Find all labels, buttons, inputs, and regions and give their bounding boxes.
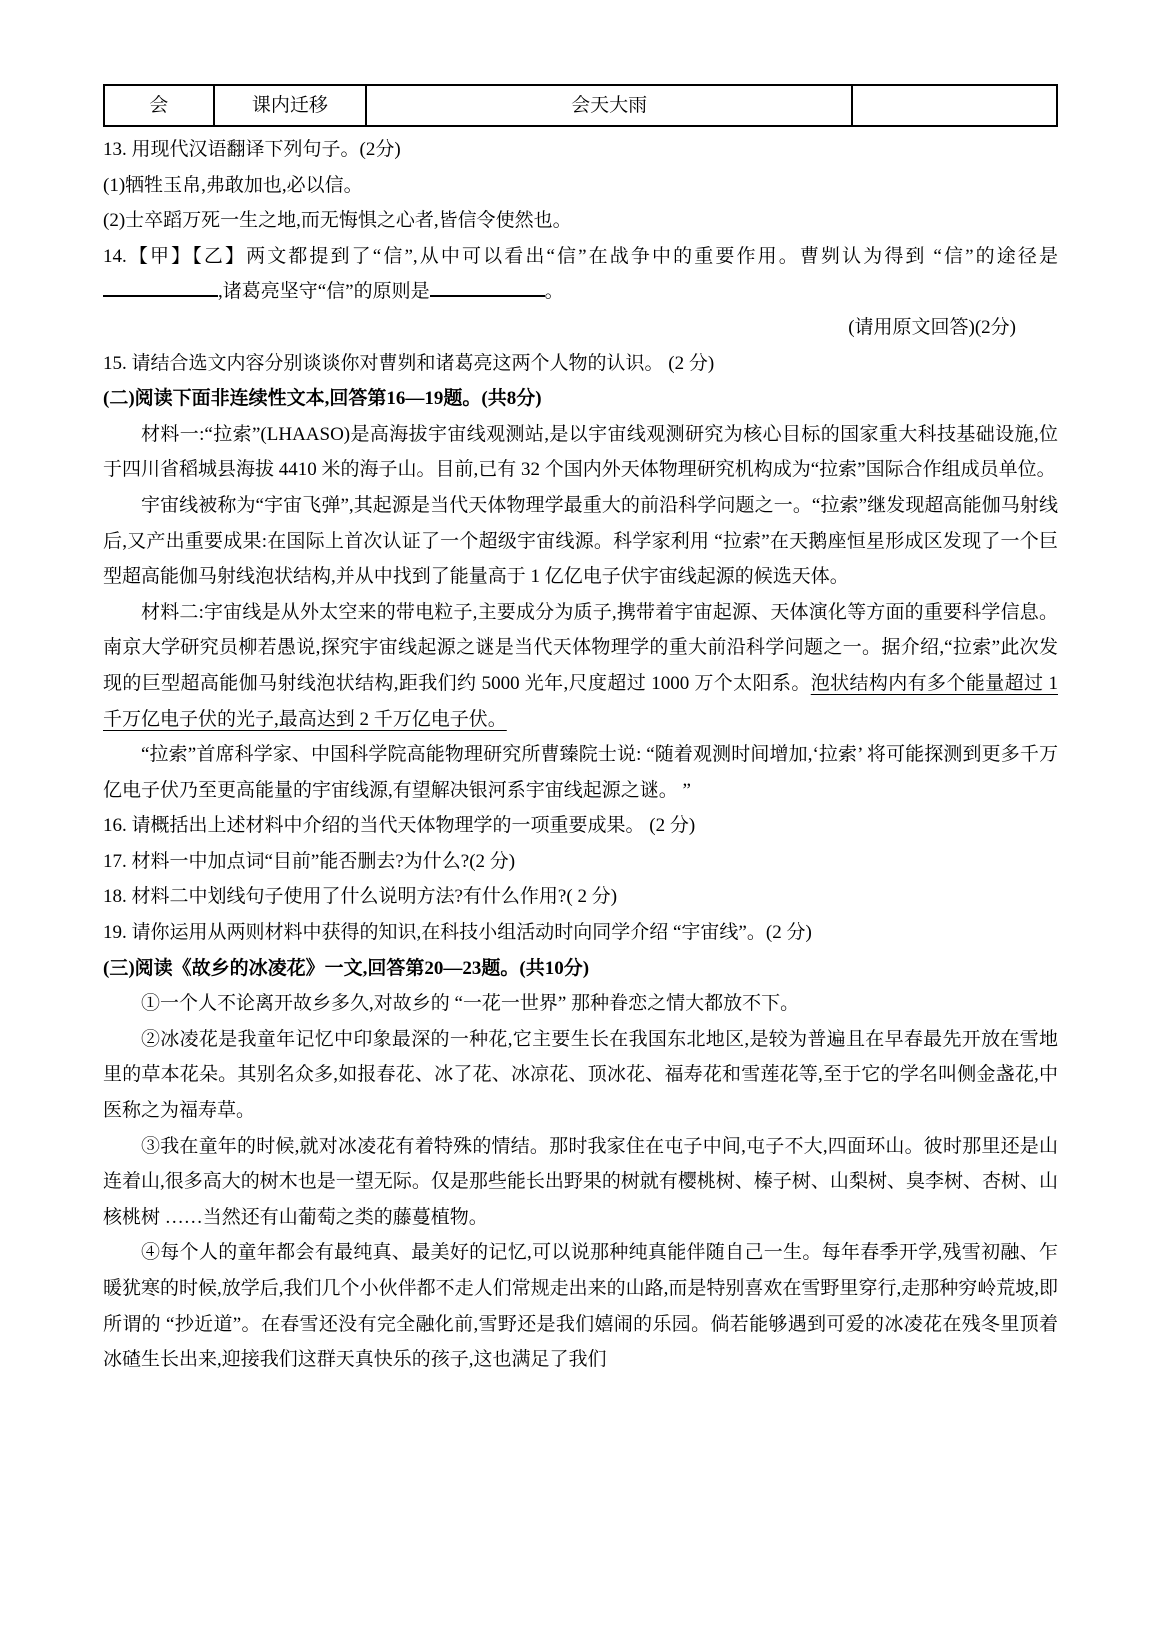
question-13-item-2: (2)士卒蹈万死一生之地,而无悔惧之心者,皆信令使然也。 [103, 203, 1058, 239]
essay-paragraph-4: ④每个人的童年都会有最纯真、最美好的记忆,可以说那种纯真能伴随自己一生。每年春季… [103, 1235, 1058, 1377]
table-row: 会 课内迁移 会天大雨 [104, 85, 1057, 126]
question-14-text-1: 14.【甲】【乙】两文都提到了“信”,从中可以看出“信”在战争中的重要作用。曹刿… [103, 246, 1058, 267]
question-17: 17. 材料一中加点词“目前”能否删去?为什么?(2 分) [103, 844, 1058, 880]
question-13-item-1: (1)牺牲玉帛,弗敢加也,必以信。 [103, 168, 1058, 204]
material-2-paragraph-2: “拉索”首席科学家、中国科学院高能物理研究所曹臻院士说: “随着观测时间增加,‘… [103, 737, 1058, 808]
essay-paragraph-3: ③我在童年的时候,就对冰凌花有着特殊的情结。那时我家住在屯子中间,屯子不大,四面… [103, 1129, 1058, 1236]
essay-paragraph-1: ①一个人不论离开故乡多久,对故乡的 “一花一世界” 那种眷恋之情大都放不下。 [103, 986, 1058, 1022]
material-2-paragraph-1: 材料二:宇宙线是从外太空来的带电粒子,主要成分为质子,携带着宇宙起源、天体演化等… [103, 595, 1058, 737]
exam-page: 会 课内迁移 会天大雨 13. 用现代汉语翻译下列句子。(2分) (1)牺牲玉帛… [0, 0, 1158, 1638]
section-3-heading: (三)阅读《故乡的冰凌花》一文,回答第20—23题。(共10分) [103, 951, 1058, 987]
material-1-paragraph-1: 材料一:“拉索”(LHAASO)是高海拔宇宙线观测站,是以宇宙线观测研究为核心目… [103, 417, 1058, 488]
question-14-text-3: 。 [545, 281, 564, 302]
word-meaning-table: 会 课内迁移 会天大雨 [103, 84, 1058, 127]
question-14-text-2: ,诸葛亮坚守“信”的原则是 [218, 281, 430, 302]
essay-paragraph-2: ②冰凌花是我童年记忆中印象最深的一种花,它主要生长在我国东北地区,是较为普遍且在… [103, 1022, 1058, 1129]
question-13: 13. 用现代汉语翻译下列句子。(2分) [103, 132, 1058, 168]
question-16: 16. 请概括出上述材料中介绍的当代天体物理学的一项重要成果。 (2 分) [103, 808, 1058, 844]
table-cell-method: 课内迁移 [214, 85, 366, 126]
question-14: 14.【甲】【乙】两文都提到了“信”,从中可以看出“信”在战争中的重要作用。曹刿… [103, 239, 1058, 310]
question-15: 15. 请结合选文内容分别谈谈你对曹刿和诸葛亮这两个人物的认识。 (2 分) [103, 346, 1058, 382]
table-cell-word: 会 [104, 85, 214, 126]
answer-blank-2 [430, 277, 545, 297]
answer-blank-1 [103, 277, 218, 297]
table-cell-empty [852, 85, 1057, 126]
section-2-heading: (二)阅读下面非连续性文本,回答第16—19题。(共8分) [103, 381, 1058, 417]
table-cell-example: 会天大雨 [366, 85, 852, 126]
question-18: 18. 材料二中划线句子使用了什么说明方法?有什么作用?( 2 分) [103, 879, 1058, 915]
question-19: 19. 请你运用从两则材料中获得的知识,在科技小组活动时向同学介绍 “宇宙线”。… [103, 915, 1058, 951]
answer-source-note: (请用原文回答)(2分) [103, 310, 1058, 346]
material-1-paragraph-2: 宇宙线被称为“宇宙飞弹”,其起源是当代天体物理学最重大的前沿科学问题之一。“拉索… [103, 488, 1058, 595]
